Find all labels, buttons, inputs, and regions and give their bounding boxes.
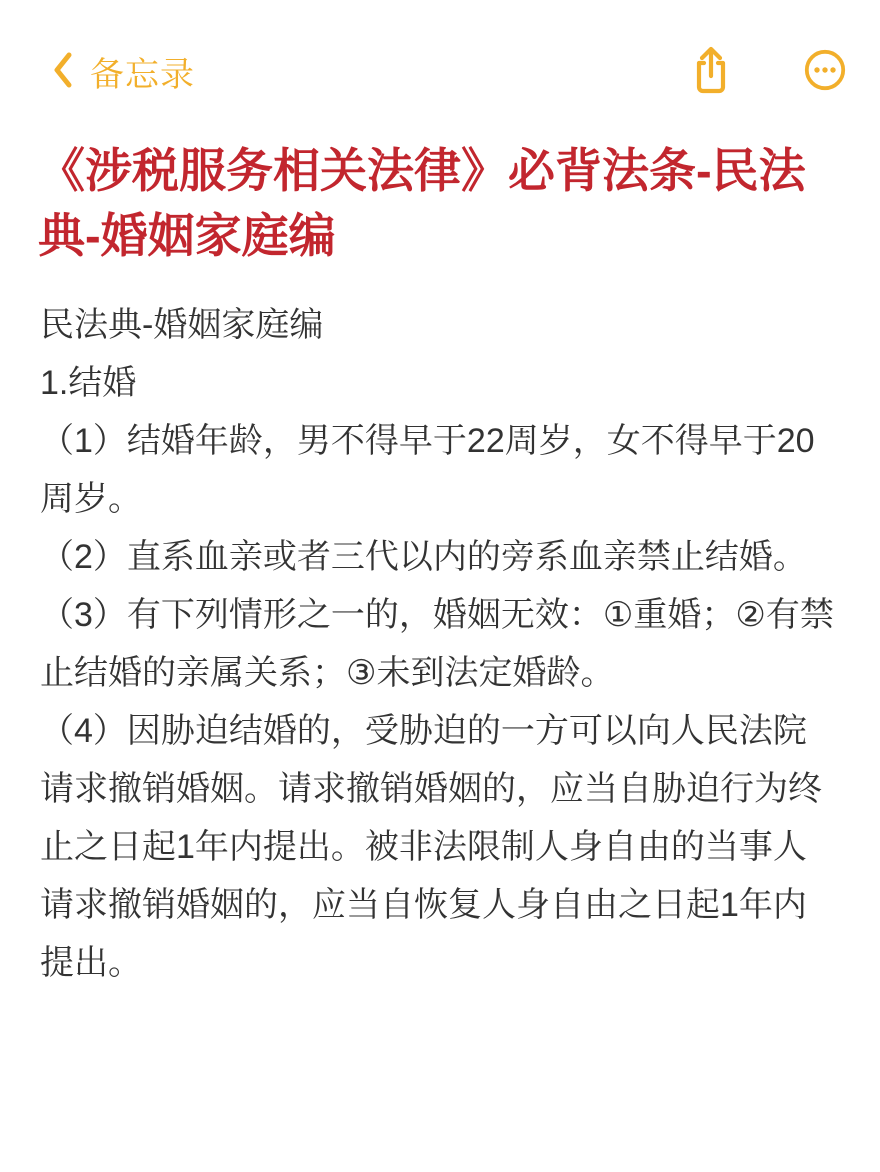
note-body: 民法典-婚姻家庭编1.结婚（1）结婚年龄，男不得早于22周岁，女不得早于20周岁…: [40, 296, 840, 992]
note-paragraph: 民法典-婚姻家庭编: [40, 296, 840, 354]
ellipsis-circle-icon: [804, 49, 846, 94]
navbar: 备忘录: [0, 42, 880, 100]
note-content: 《涉税服务相关法律》必背法条-民法典-婚姻家庭编 民法典-婚姻家庭编1.结婚（1…: [0, 138, 880, 992]
note-title: 《涉税服务相关法律》必背法条-民法典-婚姻家庭编: [38, 138, 844, 268]
back-label: 备忘录: [90, 47, 195, 96]
chevron-left-icon: [52, 51, 74, 92]
note-paragraph: （4）因胁迫结婚的，受胁迫的一方可以向人民法院请求撤销婚姻。请求撤销婚姻的，应当…: [40, 702, 840, 992]
nav-actions: [692, 46, 846, 97]
share-icon: [692, 46, 730, 97]
notes-app-page: 备忘录: [0, 0, 880, 1172]
note-paragraph: （3）有下列情形之一的，婚姻无效：①重婚；②有禁止结婚的亲属关系；③未到法定婚龄…: [40, 586, 840, 702]
back-button[interactable]: 备忘录: [52, 47, 195, 96]
note-paragraph: 1.结婚: [40, 354, 840, 412]
share-button[interactable]: [692, 46, 730, 97]
note-paragraph: （1）结婚年龄，男不得早于22周岁，女不得早于20周岁。: [40, 412, 840, 528]
more-button[interactable]: [804, 49, 846, 94]
note-paragraph: （2）直系血亲或者三代以内的旁系血亲禁止结婚。: [40, 528, 840, 586]
